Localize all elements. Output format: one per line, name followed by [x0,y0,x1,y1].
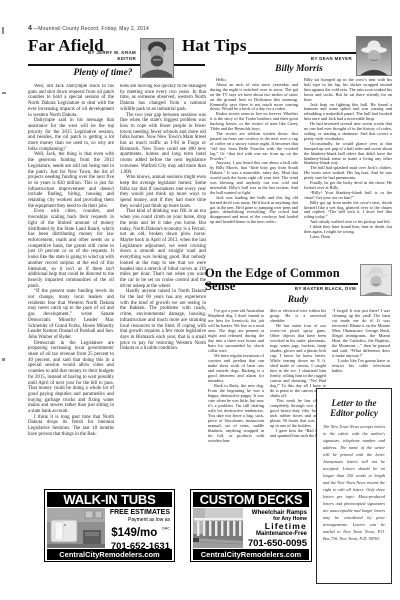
far-afield-byline: BY JERRY W. KRAM EDITOR [66,50,136,61]
hat-tips-text-col2: Billy sat humped up in the crow's nest w… [304,78,392,266]
hat-tips-byline: BY DEAN MEYER [252,56,352,62]
custom-decks-phone: 701-650-0095 [245,538,307,549]
page-edge-mark [2,92,6,94]
far-afield-text-col1: Well, old Jack Dalrymple stuck to his gu… [28,84,114,488]
letter-policy-box: Letter to the Editor policy The New Town… [316,388,392,584]
walk-in-tubs-price: $149/mo [111,527,157,539]
letter-policy-heading: Letter to the Editor policy [323,398,385,418]
hat-tips-text-col1: Hello,About an inch of rain since yester… [210,78,298,266]
common-sense-text-col3: “I forgot! It was just there! I was clea… [332,308,390,386]
hat-tips-heading: Billy Morris [205,64,393,74]
deck-railing-photo [193,508,243,548]
hat-tips-title: Hat Tips [182,37,247,54]
page-number: 4 [28,25,32,32]
common-sense-text-col1: I've got a year-old Australian Shepherd … [208,308,264,484]
walk-in-tubs-tagline: FREE ESTIMATES [107,509,170,517]
masthead: 4—Mountrail County Record, Friday, May 2… [28,25,149,32]
walk-in-tubs-price-note: OAC [162,527,170,531]
page-edge-mark [2,358,5,361]
black-portrait-photo [360,264,392,296]
custom-decks-line1: Wheelchair Ramps [245,509,307,516]
custom-decks-website: CentralCityRemodelers.com [193,549,309,560]
custom-decks-line4: Maintenance-Free [245,531,307,538]
letter-policy-body: The New Town News accepts letters to the… [323,423,385,542]
hat-tips-rule [248,52,356,54]
far-afield-rule [28,64,205,66]
page-edge-mark [2,27,4,34]
custom-decks-ad-title: CUSTOM DECKS [193,492,309,507]
walk-in-tub-photo [47,508,105,548]
common-sense-byline: BY BAXTER BLACK, DVM [256,286,356,292]
custom-decks-ad: CUSTOM DECKS [190,489,312,562]
walk-in-tubs-ad: WALK-IN TUBS FREE ESTIMATES Pa [44,489,175,562]
far-afield-text-col2: kens are moving too quickly to be manage… [120,84,206,488]
far-afield-byline-role: EDITOR [66,56,136,62]
walk-in-tubs-website: CentralCityRemodelers.com [47,549,172,560]
masthead-text: —Mountrail County Record, Friday, May 2,… [33,26,149,32]
newspaper-page: 4—Mountrail County Record, Friday, May 2… [0,0,400,600]
far-afield-heading: Plenty of time? [28,68,178,78]
walk-in-tubs-ad-title: WALK-IN TUBS [47,492,172,507]
common-sense-rule [205,283,358,285]
custom-decks-line3: Lifetime [245,522,307,531]
common-sense-heading: Rudy [205,295,391,305]
